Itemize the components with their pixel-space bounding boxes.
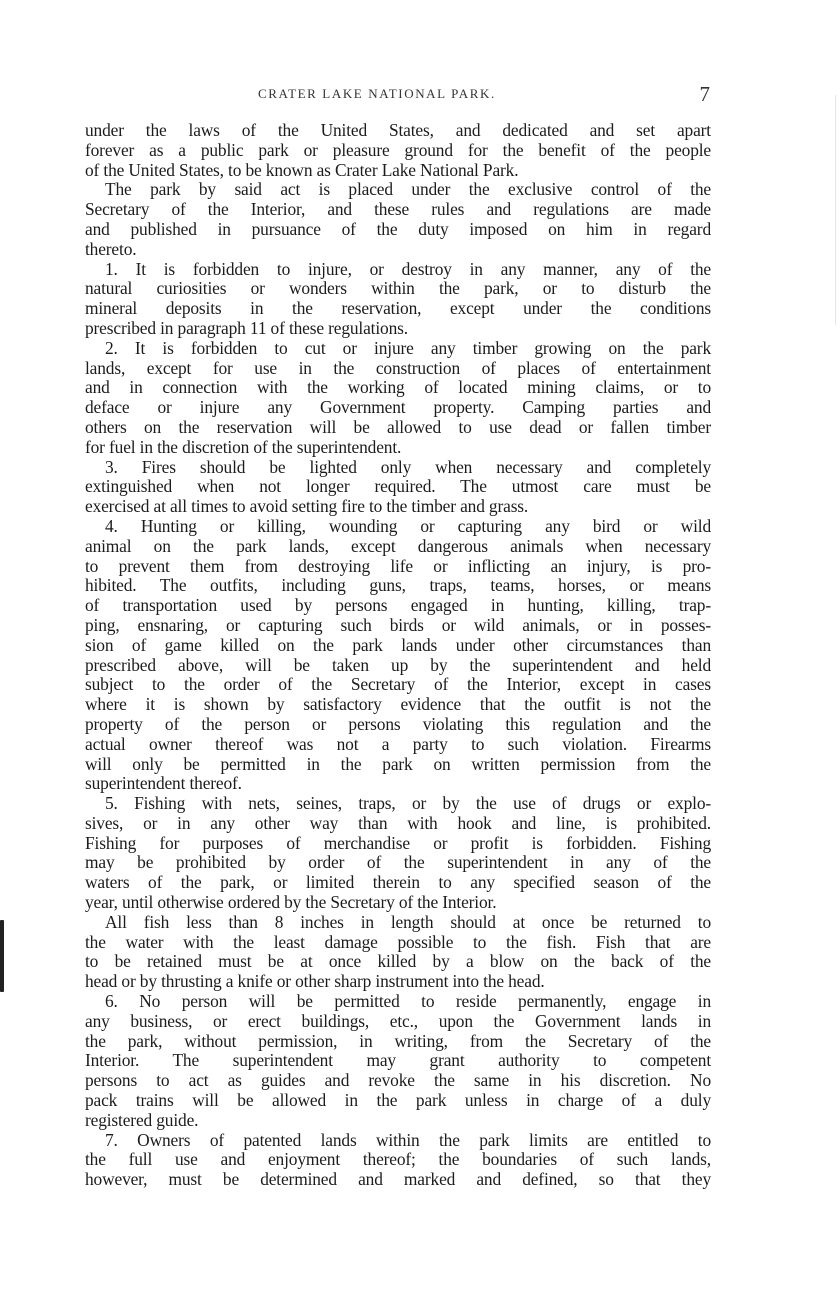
text-line: persons to act as guides and revoke the … xyxy=(85,1071,711,1091)
text-line-content: any business, or erect buildings, etc., … xyxy=(85,1012,711,1032)
text-line-content: subject to the order of the Secretary of… xyxy=(85,675,711,695)
text-line-content: lands, except for use in the constructio… xyxy=(85,359,711,379)
text-line-content: ping, ensnaring, or capturing such birds… xyxy=(85,616,711,636)
text-line: sion of game killed on the park lands un… xyxy=(85,636,711,656)
text-line-content: 2. It is forbidden to cut or injure any … xyxy=(105,339,711,359)
text-line-content: Interior. The superintendent may grant a… xyxy=(85,1051,711,1071)
text-line: 6. No person will be permitted to reside… xyxy=(85,992,711,1012)
text-line: lands, except for use in the constructio… xyxy=(85,359,711,379)
text-line: of transportation used by persons engage… xyxy=(85,596,711,616)
text-line-content: persons to act as guides and revoke the … xyxy=(85,1071,711,1091)
text-line-content: waters of the park, or limited therein t… xyxy=(85,873,711,893)
text-line-content: under the laws of the United States, and… xyxy=(85,121,711,141)
text-line: and in connection with the working of lo… xyxy=(85,378,711,398)
text-line: to prevent them from destroying life or … xyxy=(85,557,711,577)
text-line: prescribed in paragraph 11 of these regu… xyxy=(85,319,711,339)
text-line: thereto. xyxy=(85,240,711,260)
text-line: superintendent thereof. xyxy=(85,774,711,794)
text-line-content: forever as a public park or pleasure gro… xyxy=(85,141,711,161)
text-line-content: 7. Owners of patented lands within the p… xyxy=(105,1131,711,1151)
text-line: ping, ensnaring, or capturing such birds… xyxy=(85,616,711,636)
text-line: exercised at all times to avoid setting … xyxy=(85,497,711,517)
text-line: prescribed above, will be taken up by th… xyxy=(85,656,711,676)
text-line: year, until otherwise ordered by the Sec… xyxy=(85,893,711,913)
text-line-content: and published in pursuance of the duty i… xyxy=(85,220,711,240)
text-line-content: thereto. xyxy=(85,240,711,260)
text-line: Interior. The superintendent may grant a… xyxy=(85,1051,711,1071)
text-line-content: hibited. The outfits, including guns, tr… xyxy=(85,576,711,596)
text-line: property of the person or persons violat… xyxy=(85,715,711,735)
text-line: however, must be determined and marked a… xyxy=(85,1170,711,1190)
text-line: 4. Hunting or killing, wounding or captu… xyxy=(85,517,711,537)
text-line: others on the reservation will be allowe… xyxy=(85,418,711,438)
text-line: under the laws of the United States, and… xyxy=(85,121,711,141)
text-line-content: the water with the least damage possible… xyxy=(85,933,711,953)
text-line-content: will only be permitted in the park on wr… xyxy=(85,755,711,775)
text-line-content: may be prohibited by order of the superi… xyxy=(85,853,711,873)
text-line: and published in pursuance of the duty i… xyxy=(85,220,711,240)
text-line-content: The park by said act is placed under the… xyxy=(105,180,711,200)
text-line: extinguished when not longer required. T… xyxy=(85,477,711,497)
text-line-content: for fuel in the discretion of the superi… xyxy=(85,438,711,458)
text-line-content: however, must be determined and marked a… xyxy=(85,1170,711,1190)
text-line: pack trains will be allowed in the park … xyxy=(85,1091,711,1111)
text-line-content: natural curiosities or wonders within th… xyxy=(85,279,711,299)
text-line: any business, or erect buildings, etc., … xyxy=(85,1012,711,1032)
text-line: subject to the order of the Secretary of… xyxy=(85,675,711,695)
text-line-content: where it is shown by satisfactory eviden… xyxy=(85,695,711,715)
text-line: the full use and enjoyment thereof; the … xyxy=(85,1150,711,1170)
text-line: Secretary of the Interior, and these rul… xyxy=(85,200,711,220)
text-line: registered guide. xyxy=(85,1111,711,1131)
text-line-content: 4. Hunting or killing, wounding or captu… xyxy=(105,517,711,537)
text-line: actual owner thereof was not a party to … xyxy=(85,735,711,755)
text-line-content: the full use and enjoyment thereof; the … xyxy=(85,1150,711,1170)
text-line: forever as a public park or pleasure gro… xyxy=(85,141,711,161)
text-line-content: mineral deposits in the reservation, exc… xyxy=(85,299,711,319)
text-line-content: others on the reservation will be allowe… xyxy=(85,418,711,438)
text-line-content: animal on the park lands, except dangero… xyxy=(85,537,711,557)
text-line-content: actual owner thereof was not a party to … xyxy=(85,735,711,755)
text-line: to be retained must be at once killed by… xyxy=(85,952,711,972)
text-line: waters of the park, or limited therein t… xyxy=(85,873,711,893)
text-line-content: prescribed above, will be taken up by th… xyxy=(85,656,711,676)
text-line-content: to be retained must be at once killed by… xyxy=(85,952,711,972)
text-line: 2. It is forbidden to cut or injure any … xyxy=(85,339,711,359)
text-line-content: sion of game killed on the park lands un… xyxy=(85,636,711,656)
text-line: the water with the least damage possible… xyxy=(85,933,711,953)
text-line-content: prescribed in paragraph 11 of these regu… xyxy=(85,319,711,339)
text-line-content: registered guide. xyxy=(85,1111,711,1131)
text-line-content: year, until otherwise ordered by the Sec… xyxy=(85,893,711,913)
text-line-content: extinguished when not longer required. T… xyxy=(85,477,711,497)
text-line-content: of transportation used by persons engage… xyxy=(85,596,711,616)
text-line-content: sives, or in any other way than with hoo… xyxy=(85,814,711,834)
text-line-content: Secretary of the Interior, and these rul… xyxy=(85,200,711,220)
scan-gutter-line xyxy=(835,95,836,325)
text-line: of the United States, to be known as Cra… xyxy=(85,161,711,181)
text-line: Fishing for purposes of merchandise or p… xyxy=(85,834,711,854)
text-line: will only be permitted in the park on wr… xyxy=(85,755,711,775)
text-line: animal on the park lands, except dangero… xyxy=(85,537,711,557)
page-header: CRATER LAKE NATIONAL PARK. 7 xyxy=(258,86,710,106)
text-line: head or by thrusting a knife or other sh… xyxy=(85,972,711,992)
text-line-content: pack trains will be allowed in the park … xyxy=(85,1091,711,1111)
body-text: under the laws of the United States, and… xyxy=(85,121,711,1190)
text-line: hibited. The outfits, including guns, tr… xyxy=(85,576,711,596)
text-line: may be prohibited by order of the superi… xyxy=(85,853,711,873)
page-number: 7 xyxy=(700,82,711,107)
text-line-content: head or by thrusting a knife or other sh… xyxy=(85,972,711,992)
scan-edge-mark xyxy=(0,920,4,992)
text-line: for fuel in the discretion of the superi… xyxy=(85,438,711,458)
running-head: CRATER LAKE NATIONAL PARK. xyxy=(258,86,496,102)
text-line-content: 5. Fishing with nets, seines, traps, or … xyxy=(105,794,711,814)
text-line-content: deface or injure any Government property… xyxy=(85,398,711,418)
text-line: sives, or in any other way than with hoo… xyxy=(85,814,711,834)
text-line-content: to prevent them from destroying life or … xyxy=(85,557,711,577)
text-line: 1. It is forbidden to injure, or destroy… xyxy=(85,260,711,280)
text-line-content: the park, without permission, in writing… xyxy=(85,1032,711,1052)
text-line: 7. Owners of patented lands within the p… xyxy=(85,1131,711,1151)
text-line-content: All fish less than 8 inches in length sh… xyxy=(105,913,711,933)
text-line-content: 3. Fires should be lighted only when nec… xyxy=(105,458,711,478)
text-line: deface or injure any Government property… xyxy=(85,398,711,418)
text-line-content: superintendent thereof. xyxy=(85,774,711,794)
text-line-content: 1. It is forbidden to injure, or destroy… xyxy=(105,260,711,280)
text-line: where it is shown by satisfactory eviden… xyxy=(85,695,711,715)
text-line-content: and in connection with the working of lo… xyxy=(85,378,711,398)
text-line: mineral deposits in the reservation, exc… xyxy=(85,299,711,319)
text-line-content: Fishing for purposes of merchandise or p… xyxy=(85,834,711,854)
text-line: 5. Fishing with nets, seines, traps, or … xyxy=(85,794,711,814)
text-line-content: exercised at all times to avoid setting … xyxy=(85,497,711,517)
text-line: The park by said act is placed under the… xyxy=(85,180,711,200)
text-line: 3. Fires should be lighted only when nec… xyxy=(85,458,711,478)
text-line-content: 6. No person will be permitted to reside… xyxy=(105,992,711,1012)
text-line-content: of the United States, to be known as Cra… xyxy=(85,161,711,181)
text-line-content: property of the person or persons violat… xyxy=(85,715,711,735)
text-line: natural curiosities or wonders within th… xyxy=(85,279,711,299)
text-line: All fish less than 8 inches in length sh… xyxy=(85,913,711,933)
text-line: the park, without permission, in writing… xyxy=(85,1032,711,1052)
